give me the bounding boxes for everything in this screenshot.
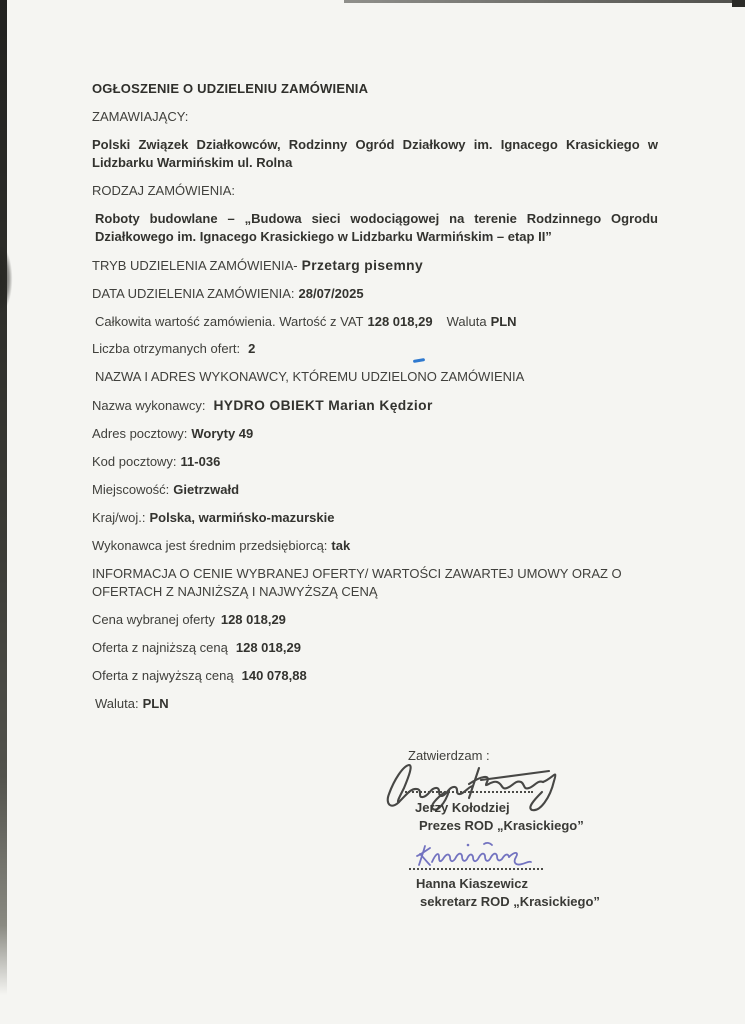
total-value-currency: PLN <box>491 314 517 329</box>
postal-code-label: Kod pocztowy: <box>92 454 177 469</box>
postal-code-value: 11-036 <box>181 454 221 469</box>
document-body: OGŁOSZENIE O UDZIELENIU ZAMÓWIENIA ZAMAW… <box>92 80 658 723</box>
lowest-offer-value: 128 018,29 <box>236 640 301 655</box>
contractor-name-line: Nazwa wykonawcy:HYDRO OBIEKT Marian Kędz… <box>92 396 658 415</box>
signature-dotted-line <box>409 868 543 870</box>
contractor-name-value: HYDRO OBIEKT Marian Kędzior <box>213 398 432 413</box>
country-region-label: Kraj/woj.: <box>92 510 145 525</box>
postal-address-label: Adres pocztowy: <box>92 426 187 441</box>
scanned-page: OGŁOSZENIE O UDZIELENIU ZAMÓWIENIA ZAMAW… <box>0 0 745 1024</box>
postal-address-value: Woryty 49 <box>191 426 253 441</box>
enterprise-size-value: tak <box>331 538 350 553</box>
procedure-label: TRYB UDZIELENIA ZAMÓWIENIA- <box>92 258 298 273</box>
lowest-offer-line: Oferta z najniższą ceną128 018,29 <box>92 639 658 657</box>
postal-address-line: Adres pocztowy:Woryty 49 <box>92 425 658 443</box>
contractor-name-label: Nazwa wykonawcy: <box>92 398 205 413</box>
offers-received-label: Liczba otrzymanych ofert: <box>92 341 240 356</box>
total-value-line: Całkowita wartość zamówienia. Wartość z … <box>92 313 658 331</box>
selected-offer-price-value: 128 018,29 <box>221 612 286 627</box>
city-label: Miejscowość: <box>92 482 169 497</box>
highest-offer-value: 140 078,88 <box>242 668 307 683</box>
offers-received-line: Liczba otrzymanych ofert:2 <box>92 340 658 358</box>
total-value-amount: 128 018,29 <box>368 314 433 329</box>
postal-code-line: Kod pocztowy:11-036 <box>92 453 658 471</box>
procedure-value: Przetarg pisemny <box>302 258 423 273</box>
highest-offer-line: Oferta z najwyższą ceną140 078,88 <box>92 667 658 685</box>
document-title: OGŁOSZENIE O UDZIELENIU ZAMÓWIENIA <box>92 80 658 98</box>
selected-offer-price-line: Cena wybranej oferty128 018,29 <box>92 611 658 629</box>
handwritten-signature-hanna-kiaszewicz <box>411 840 535 870</box>
signatory-name: Hanna Kiaszewicz <box>416 876 528 891</box>
order-type-label: RODZAJ ZAMÓWIENIA: <box>92 182 658 200</box>
currency-line: Waluta:PLN <box>92 695 658 713</box>
contracting-authority-value: Polski Związek Działkowców, Rodzinny Ogr… <box>92 136 658 172</box>
contractor-section-heading: NAZWA I ADRES WYKONAWCY, KTÓREMU UDZIELO… <box>92 368 658 386</box>
signature-dotted-line <box>405 791 533 793</box>
award-date-label: DATA UDZIELENIA ZAMÓWIENIA: <box>92 286 295 301</box>
approval-signatures: Zatwierdzam : Jerzy Kołodziej Prezes ROD… <box>385 742 630 927</box>
city-line: Miejscowość:Gietrzwałd <box>92 481 658 499</box>
procedure-line: TRYB UDZIELENIA ZAMÓWIENIA-Przetarg pise… <box>92 256 658 275</box>
price-section-heading: INFORMACJA O CENIE WYBRANEJ OFERTY/ WART… <box>92 565 658 601</box>
country-region-value: Polska, warmińsko-mazurskie <box>149 510 334 525</box>
award-date-line: DATA UDZIELENIA ZAMÓWIENIA:28/07/2025 <box>92 285 658 303</box>
signatory-title: sekretarz ROD „Krasickiego” <box>420 894 600 909</box>
total-value-label: Całkowita wartość zamówienia. Wartość z … <box>95 314 364 329</box>
contracting-authority-label: ZAMAWIAJĄCY: <box>92 108 658 126</box>
scan-edge-blob <box>0 236 16 322</box>
country-region-line: Kraj/woj.:Polska, warmińsko-mazurskie <box>92 509 658 527</box>
award-date-value: 28/07/2025 <box>299 286 364 301</box>
signatory-title: Prezes ROD „Krasickiego” <box>419 818 584 833</box>
scan-edge-left <box>0 0 7 995</box>
city-value: Gietrzwałd <box>173 482 239 497</box>
scan-edge-top <box>344 0 745 3</box>
currency-value: PLN <box>143 696 169 711</box>
lowest-offer-label: Oferta z najniższą ceną <box>92 640 228 655</box>
offers-received-value: 2 <box>248 341 255 356</box>
total-value-currency-label: Waluta <box>447 314 487 329</box>
enterprise-size-label: Wykonawca jest średnim przedsiębiorcą: <box>92 538 327 553</box>
selected-offer-price-label: Cena wybranej oferty <box>92 612 215 627</box>
signatory-name: Jerzy Kołodziej <box>415 800 510 815</box>
highest-offer-label: Oferta z najwyższą ceną <box>92 668 234 683</box>
currency-label: Waluta: <box>95 696 139 711</box>
scan-edge-top-corner <box>732 0 745 7</box>
enterprise-size-line: Wykonawca jest średnim przedsiębiorcą:ta… <box>92 537 658 555</box>
order-type-value: Roboty budowlane – „Budowa sieci wodocią… <box>92 210 658 246</box>
